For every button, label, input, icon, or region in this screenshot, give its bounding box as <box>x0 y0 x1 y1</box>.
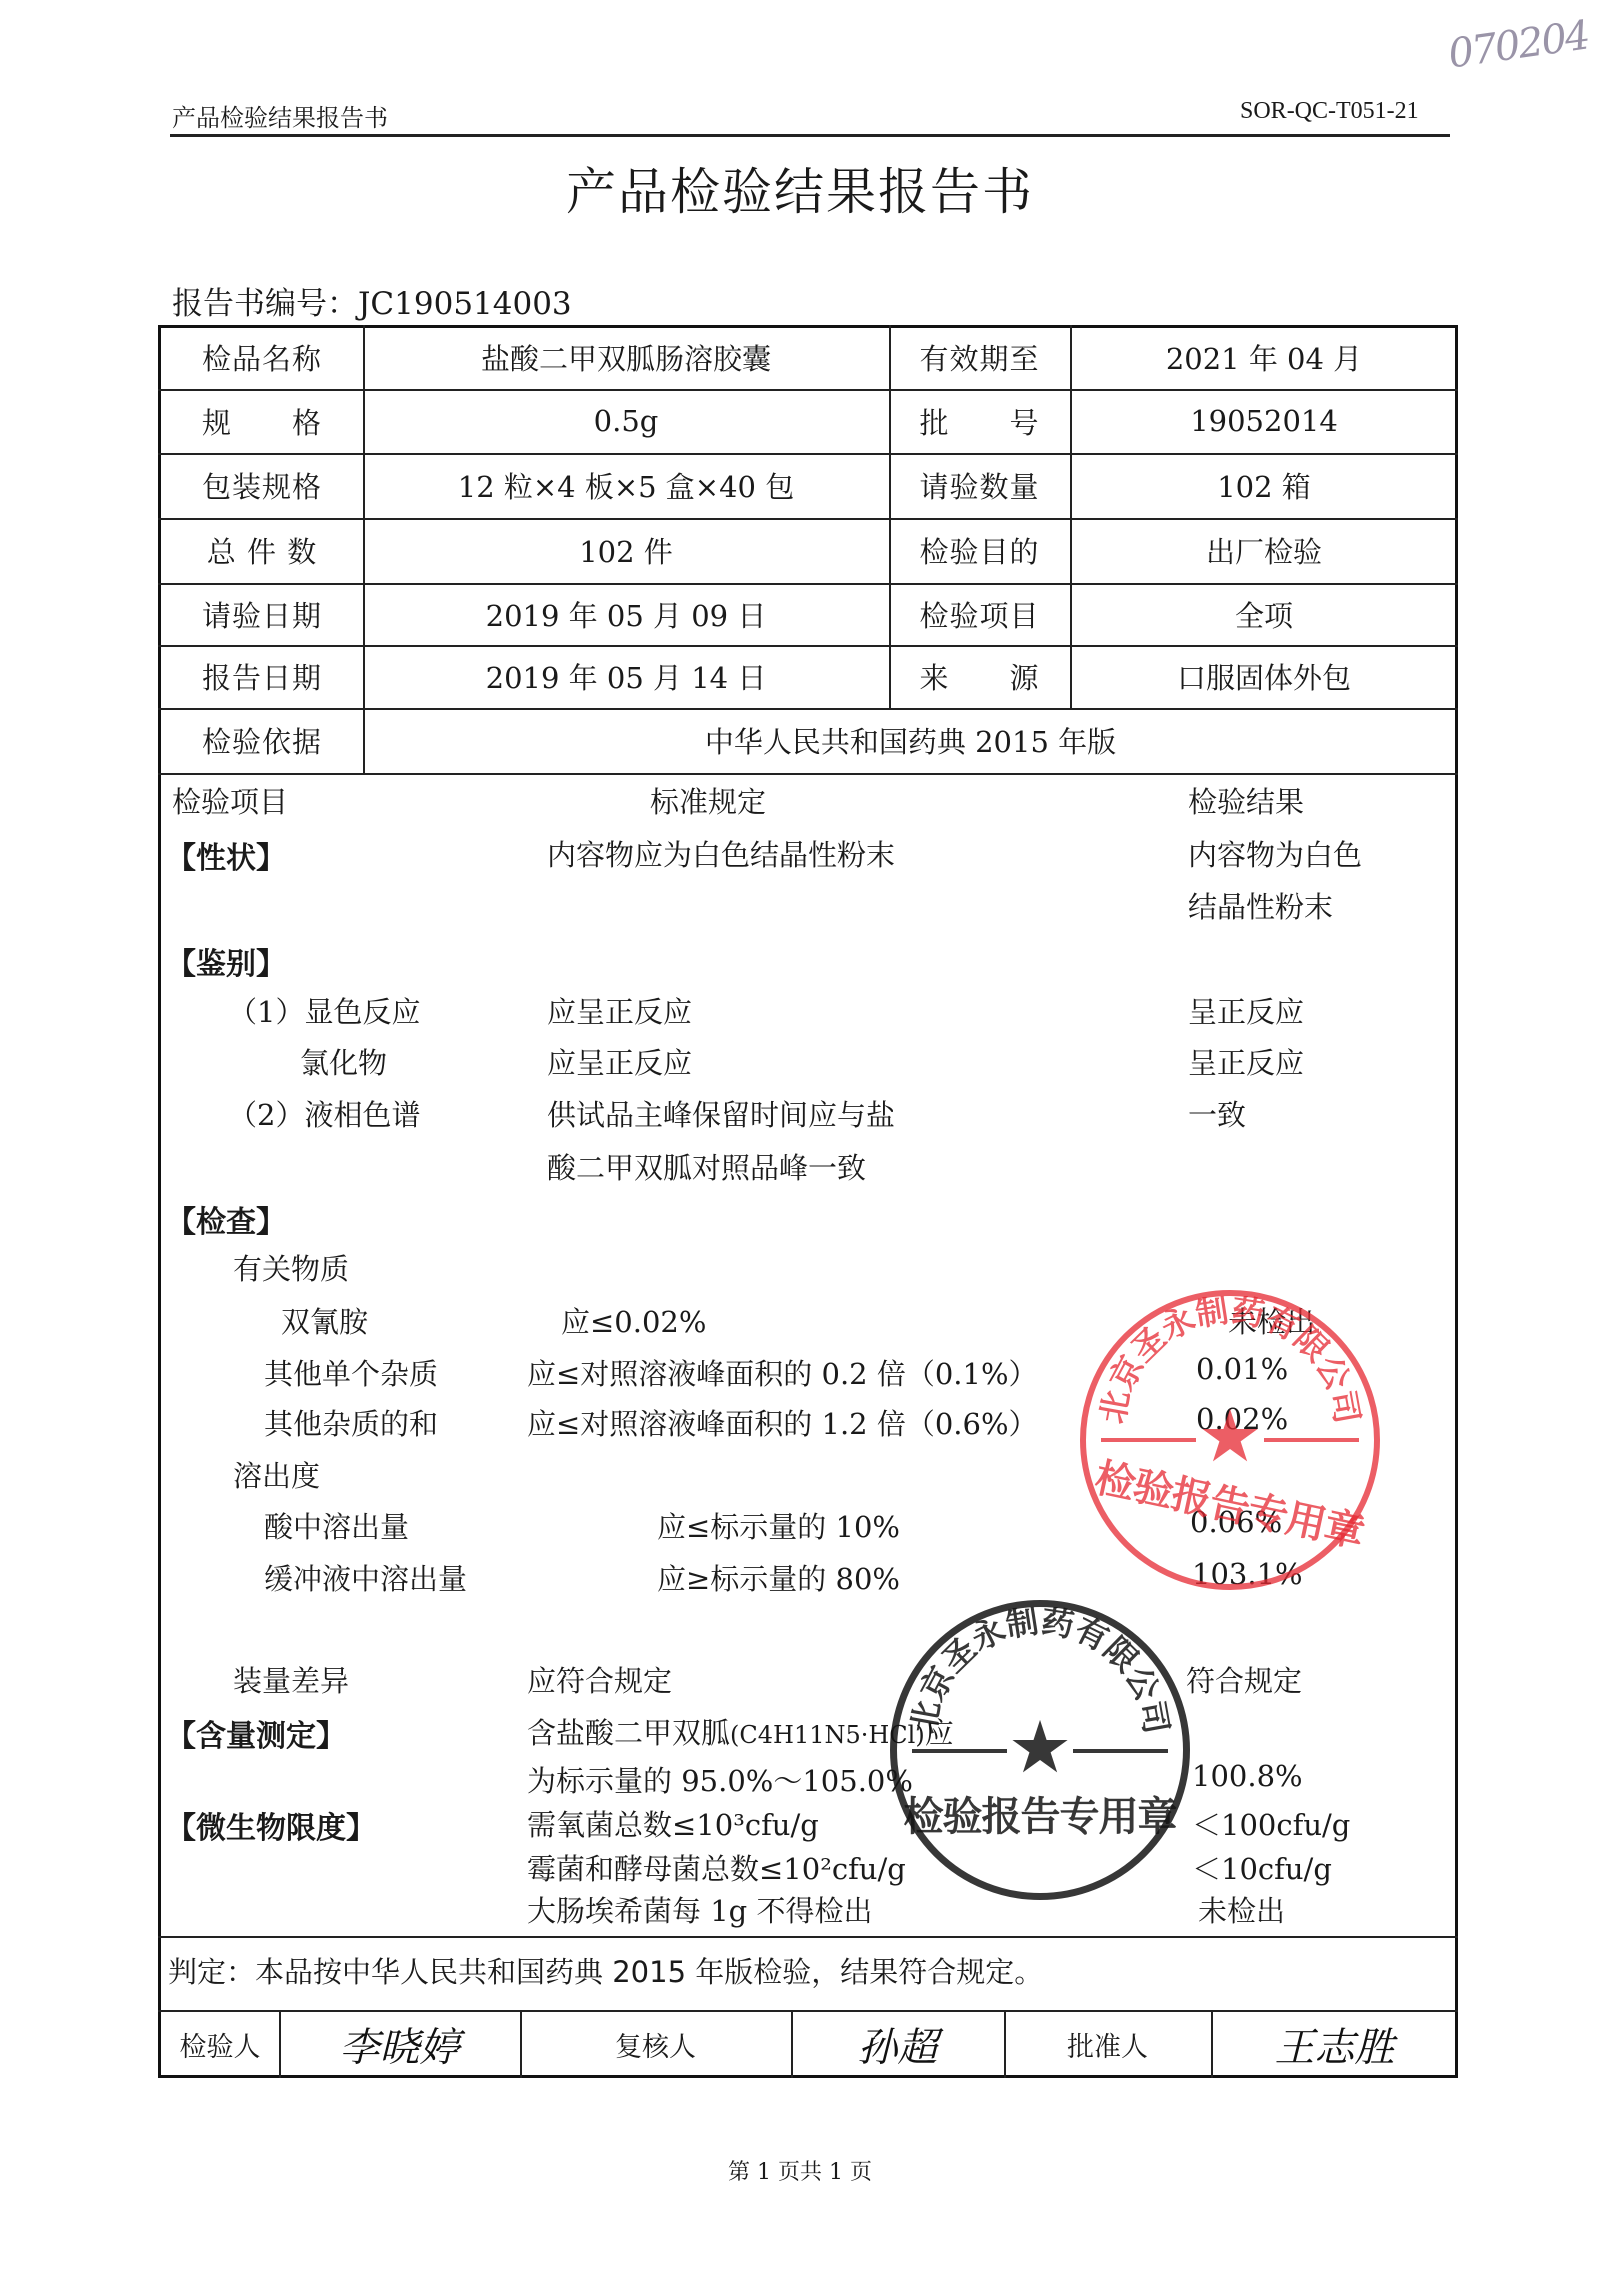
value-purpose: 出厂检验 <box>1070 518 1458 583</box>
label-expiry: 有效期至 <box>889 325 1070 389</box>
row-divider <box>158 773 1458 775</box>
id-result-color: 呈正反应 <box>1188 990 1304 1031</box>
header-divider <box>170 134 1450 137</box>
id-item-chloride: 氯化物 <box>300 1041 387 1082</box>
value-packaging: 12 粒×4 板×5 盒×40 包 <box>363 453 889 518</box>
label-packaging: 包装规格 <box>161 453 363 518</box>
value-batch-no: 19052014 <box>1070 389 1458 453</box>
appearance-result-2: 结晶性粉末 <box>1188 885 1333 926</box>
rs-std-total-impurity: 应≤对照溶液峰面积的 1.2 倍（0.6%） <box>527 1402 1038 1443</box>
judgment: 判定：本品按中华人民共和国药典 2015 年版检验，结果符合规定。 <box>168 1950 1043 1991</box>
page-number: 第 1 页共 1 页 <box>0 2155 1600 2186</box>
appearance-standard: 内容物应为白色结晶性粉末 <box>547 833 895 874</box>
value-product-name: 盐酸二甲双胍肠溶胶囊 <box>363 325 889 389</box>
assay-standard-prefix: 含盐酸二甲双胍 <box>527 1716 730 1750</box>
id-item-hplc: （2）液相色谱 <box>228 1093 420 1134</box>
rs-item-total-impurity: 其他杂质的和 <box>264 1402 438 1443</box>
section-assay: 【含量测定】 <box>166 1711 346 1755</box>
micro-std-ecoli: 大肠埃希菌每 1g 不得检出 <box>527 1889 872 1930</box>
label-total-pieces: 总 件 数 <box>161 518 363 583</box>
reviewer-label: 复核人 <box>520 2010 791 2078</box>
fill-variation-standard: 应符合规定 <box>527 1659 672 1700</box>
running-header-title: 产品检验结果报告书 <box>172 98 388 133</box>
label-purpose: 检验目的 <box>889 518 1070 583</box>
row-divider <box>158 1936 1458 1938</box>
id-result-hplc: 一致 <box>1188 1093 1246 1134</box>
micro-result-ecoli: 未检出 <box>1198 1889 1285 1930</box>
dis-item-acid: 酸中溶出量 <box>264 1505 409 1546</box>
rs-item-single-impurity: 其他单个杂质 <box>264 1352 438 1393</box>
id-item-color: （1）显色反应 <box>228 990 420 1031</box>
value-total-pieces: 102 件 <box>363 518 889 583</box>
header-test-item: 检验项目 <box>172 780 288 821</box>
micro-std-aerobic: 需氧菌总数≤10³cfu/g <box>527 1803 819 1844</box>
rs-std-single-impurity: 应≤对照溶液峰面积的 0.2 倍（0.1%） <box>527 1352 1038 1393</box>
black-inspection-seal: 北京圣永制药有限公司 ★ 检验报告专用章 <box>890 1600 1190 1900</box>
page-title: 产品检验结果报告书 <box>0 152 1600 224</box>
reviewer-signature: 孙超 <box>791 2010 1004 2078</box>
fill-variation-item: 装量差异 <box>233 1659 349 1700</box>
star-icon: ★ <box>897 1705 1183 1789</box>
rs-std-dicyandiamide: 应≤0.02% <box>561 1300 706 1341</box>
micro-std-mold: 霉菌和酵母菌总数≤10²cfu/g <box>527 1847 906 1888</box>
label-product-name: 检品名称 <box>161 325 363 389</box>
value-test-items: 全项 <box>1070 583 1458 645</box>
section-identification: 【鉴别】 <box>166 939 286 983</box>
id-std-chloride: 应呈正反应 <box>547 1041 692 1082</box>
header-standard: 标准规定 <box>650 780 766 821</box>
label-specification: 规 格 <box>161 389 363 453</box>
label-source: 来 源 <box>889 645 1070 708</box>
fill-variation-result: 符合规定 <box>1186 1659 1302 1700</box>
label-test-items: 检验项目 <box>889 583 1070 645</box>
label-report-date: 报告日期 <box>161 645 363 708</box>
label-request-qty: 请验数量 <box>889 453 1070 518</box>
inspector-signature: 李晓婷 <box>279 2010 520 2078</box>
seal-purpose: 检验报告专用章 <box>897 1785 1183 1842</box>
value-specification: 0.5g <box>363 389 889 453</box>
value-source: 口服固体外包 <box>1070 645 1458 708</box>
approver-label: 批准人 <box>1004 2010 1211 2078</box>
value-request-qty: 102 箱 <box>1070 453 1458 518</box>
label-request-date: 请验日期 <box>161 583 363 645</box>
label-basis: 检验依据 <box>161 708 363 773</box>
assay-standard-2: 为标示量的 95.0%～105.0% <box>527 1759 913 1800</box>
report-number-value: JC190514003 <box>358 286 572 322</box>
dis-std-acid: 应≤标示量的 10% <box>657 1505 900 1546</box>
approver-signature: 王志胜 <box>1211 2010 1458 2078</box>
section-inspection: 【检查】 <box>166 1197 286 1241</box>
id-std-hplc-1: 供试品主峰保留时间应与盐 <box>547 1093 895 1134</box>
assay-result: 100.8% <box>1192 1759 1303 1793</box>
id-std-color: 应呈正反应 <box>547 990 692 1031</box>
handwritten-number: 070204 <box>1445 12 1591 77</box>
rs-item-dicyandiamide: 双氰胺 <box>281 1300 368 1341</box>
id-std-hplc-2: 酸二甲双胍对照品峰一致 <box>547 1146 866 1187</box>
micro-result-mold: ＜10cfu/g <box>1192 1847 1332 1888</box>
value-expiry: 2021 年 04 月 <box>1070 325 1458 389</box>
section-microbial: 【微生物限度】 <box>166 1803 376 1847</box>
value-report-date: 2019 年 05 月 14 日 <box>363 645 889 708</box>
id-result-chloride: 呈正反应 <box>1188 1041 1304 1082</box>
section-appearance: 【性状】 <box>166 833 286 877</box>
value-request-date: 2019 年 05 月 09 日 <box>363 583 889 645</box>
micro-result-aerobic: ＜100cfu/g <box>1192 1803 1350 1844</box>
red-inspection-seal: 北京圣永制药有限公司 ★ 检验报告专用章 <box>1080 1290 1380 1590</box>
dis-std-buffer: 应≥标示量的 80% <box>657 1557 900 1598</box>
appearance-result-1: 内容物为白色 <box>1188 833 1362 874</box>
header-result: 检验结果 <box>1188 780 1304 821</box>
inspector-label: 检验人 <box>161 2010 279 2078</box>
label-batch-no: 批 号 <box>889 389 1070 453</box>
report-number: 报告书编号：JC190514003 <box>172 278 572 323</box>
dissolution-label: 溶出度 <box>233 1454 320 1495</box>
dis-item-buffer: 缓冲液中溶出量 <box>264 1557 467 1598</box>
report-number-label: 报告书编号： <box>172 286 358 322</box>
document-code: SOR-QC-T051-21 <box>1240 98 1419 125</box>
related-substances-label: 有关物质 <box>233 1247 349 1288</box>
value-basis: 中华人民共和国药典 2015 年版 <box>363 708 1458 773</box>
